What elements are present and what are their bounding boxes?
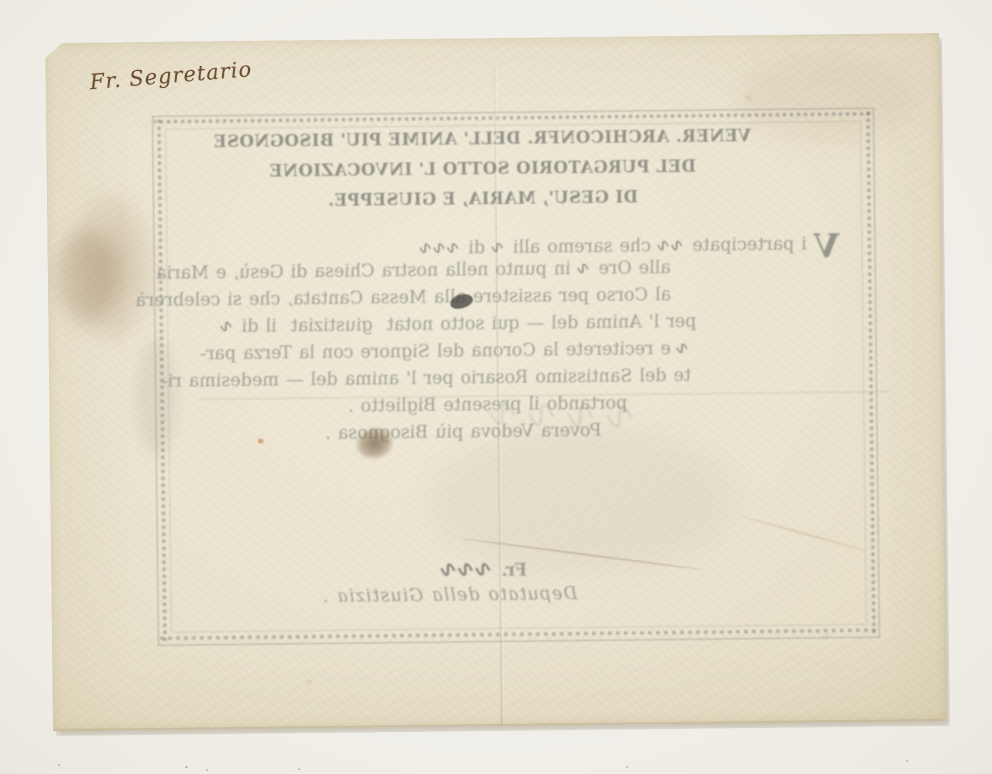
body-text: i partecipate [685, 234, 807, 255]
signature-title: Deputato della Giustizia . [322, 584, 578, 607]
background-speck [58, 764, 60, 766]
background-speck [206, 769, 208, 771]
drop-cap: V [814, 226, 840, 265]
background-speck [906, 760, 908, 762]
age-spot [746, 95, 752, 100]
background-speck [298, 768, 300, 770]
paper-sheet-wrapper: VENER. ARCHICONFR. DELL' ANIME PIU' BISO… [45, 33, 947, 731]
age-spot [307, 680, 311, 684]
signature-scrawl: ∿∿∿ [441, 556, 494, 583]
signature-prefix: Fr. [494, 561, 528, 581]
body-text: alle Ore [591, 258, 670, 279]
handwritten-fill: ∿ [221, 317, 235, 337]
handwritten-fill: ∿ [671, 339, 691, 359]
paper-sheet: VENER. ARCHICONFR. DELL' ANIME PIU' BISO… [45, 33, 947, 731]
scanned-image: VENER. ARCHICONFR. DELL' ANIME PIU' BISO… [0, 0, 992, 774]
show-through-print-layer: VENER. ARCHICONFR. DELL' ANIME PIU' BISO… [152, 108, 880, 646]
handwritten-fill: ∿ [578, 259, 592, 279]
background-speck [185, 766, 188, 768]
body-text: che saremo alli [506, 236, 658, 258]
background-speck [626, 766, 628, 768]
body-text: di [461, 238, 492, 258]
handwritten-fill: ∿∿ [658, 236, 686, 256]
handwritten-fill: ∿ [492, 238, 506, 258]
signature-line: Fr. ∿∿∿ [441, 556, 527, 583]
handwritten-fill: ∿∿∿ [420, 238, 461, 258]
handwritten-ink-note: Fr. Segretario [89, 57, 253, 94]
stain-left-core [55, 230, 118, 323]
ghost-handwriting-scrawl: ∿∿∿∿ [483, 387, 641, 440]
